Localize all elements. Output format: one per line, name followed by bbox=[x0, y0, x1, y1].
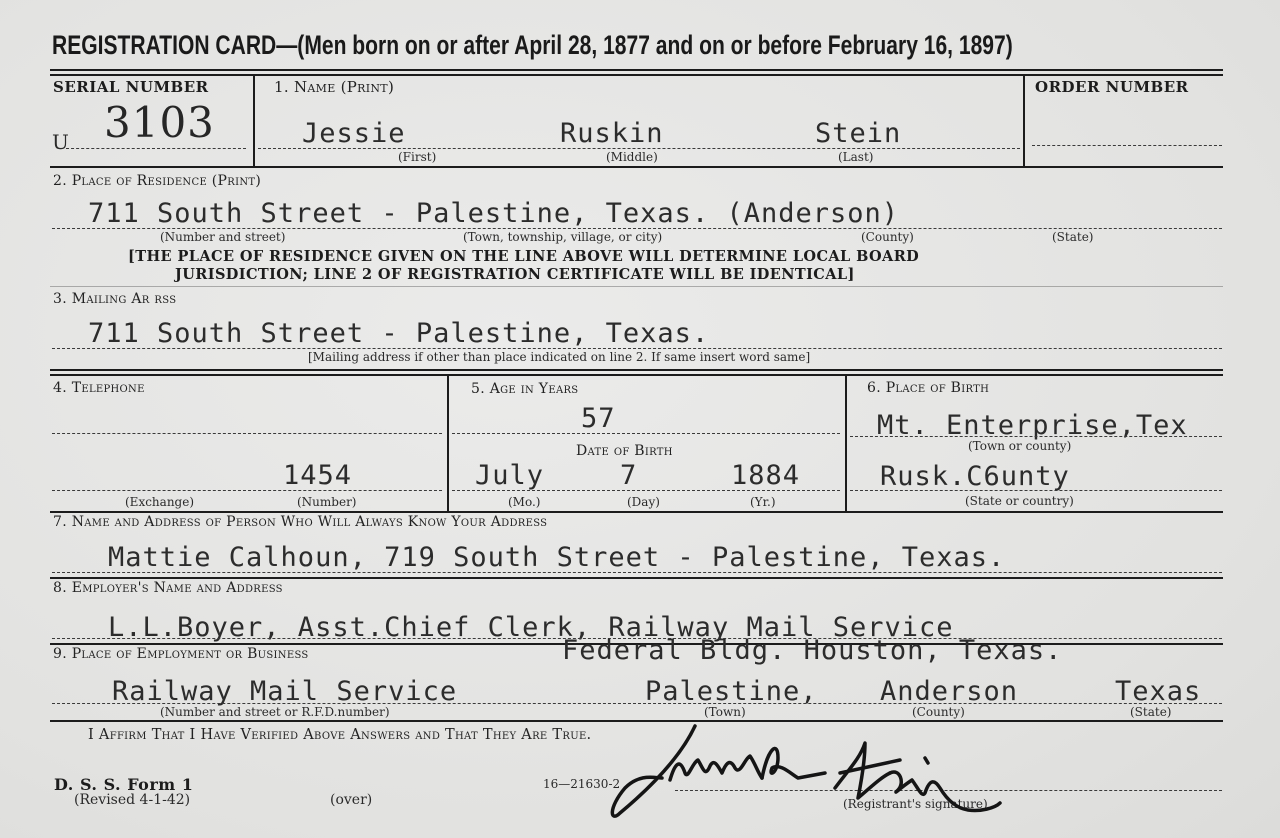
rule-after-mailing-2 bbox=[50, 374, 1223, 376]
contact-value: Mattie Calhoun, 719 South Street - Pales… bbox=[108, 542, 1005, 573]
dob-line bbox=[452, 490, 840, 491]
telephone-label: 4. Telephone bbox=[53, 380, 145, 396]
rule-after-contact bbox=[50, 577, 1223, 579]
age-label: 5. Age in Years bbox=[471, 381, 578, 397]
registration-card: REGISTRATION CARD—(Men born on or after … bbox=[0, 0, 1280, 838]
residence-caption-street: (Number and street) bbox=[160, 230, 285, 244]
over-indicator: (over) bbox=[330, 792, 372, 808]
employment-label: 9. Place of Employment or Business bbox=[53, 646, 309, 662]
name-label: 1. Name (Print) bbox=[274, 78, 394, 96]
last-name-value: Stein bbox=[815, 118, 901, 149]
employer-label: 8. Employer's Name and Address bbox=[53, 580, 283, 596]
serial-number-value: 3103 bbox=[104, 98, 215, 147]
first-name-value: Jessie bbox=[302, 118, 406, 149]
number-caption: (Number) bbox=[297, 495, 357, 509]
first-caption: (First) bbox=[398, 150, 436, 164]
age-line bbox=[452, 433, 840, 434]
birthplace-town-caption: (Town or county) bbox=[968, 439, 1071, 453]
residence-caption-town: (Town, township, village, or city) bbox=[463, 230, 662, 244]
dob-year-value: 1884 bbox=[731, 460, 800, 491]
registrant-signature bbox=[600, 718, 1160, 833]
serial-prefix: U bbox=[52, 130, 69, 154]
top-rule-2 bbox=[50, 74, 1223, 76]
employment-county-caption: (County) bbox=[912, 705, 965, 719]
dob-day-value: 7 bbox=[620, 460, 637, 491]
mailing-caption: [Mailing address if other than place ind… bbox=[308, 350, 810, 364]
day-caption: (Day) bbox=[627, 495, 660, 509]
rule-after-name bbox=[50, 166, 1223, 168]
affirmation-text: I Affirm That I Have Verified Above Answ… bbox=[88, 727, 591, 743]
month-caption: (Mo.) bbox=[508, 495, 540, 509]
faint-rule bbox=[50, 286, 1223, 287]
birthplace-label: 6. Place of Birth bbox=[867, 380, 989, 396]
residence-label: 2. Place of Residence (Print) bbox=[53, 173, 261, 189]
residence-note-line2: JURISDICTION; LINE 2 OF REGISTRATION CER… bbox=[175, 266, 855, 283]
middle-caption: (Middle) bbox=[606, 150, 658, 164]
employment-street-caption: (Number and street or R.F.D.number) bbox=[160, 705, 390, 719]
residence-value: 711 South Street - Palestine, Texas. (An… bbox=[88, 198, 899, 229]
order-number-label: ORDER NUMBER bbox=[1035, 78, 1189, 96]
order-number-line bbox=[1032, 145, 1222, 146]
residence-caption-county: (County) bbox=[861, 230, 914, 244]
dob-month-value: July bbox=[475, 460, 544, 491]
residence-line bbox=[52, 228, 1222, 229]
residence-note-line1: [THE PLACE OF RESIDENCE GIVEN ON THE LIN… bbox=[128, 248, 919, 265]
order-divider bbox=[1023, 76, 1025, 166]
birthplace-state-value: Rusk.C6unty bbox=[880, 461, 1070, 492]
telephone-divider bbox=[447, 376, 449, 511]
rule-after-birth bbox=[50, 511, 1223, 513]
telephone-line-2 bbox=[52, 490, 442, 491]
contact-line bbox=[52, 572, 1222, 573]
serial-divider bbox=[253, 76, 255, 166]
mailing-value: 711 South Street - Palestine, Texas. bbox=[88, 318, 709, 349]
rule-after-mailing bbox=[50, 369, 1223, 371]
birthplace-line-1 bbox=[850, 436, 1222, 437]
serial-number-label: SERIAL NUMBER bbox=[53, 78, 209, 96]
middle-name-value: Ruskin bbox=[560, 118, 664, 149]
birthplace-state-caption: (State or country) bbox=[965, 494, 1074, 508]
last-caption: (Last) bbox=[838, 150, 873, 164]
year-caption: (Yr.) bbox=[750, 495, 776, 509]
serial-line bbox=[66, 148, 246, 149]
contact-label: 7. Name and Address of Person Who Will A… bbox=[53, 514, 547, 530]
exchange-caption: (Exchange) bbox=[125, 495, 194, 509]
employment-line bbox=[52, 703, 1222, 704]
age-value: 57 bbox=[581, 403, 616, 434]
birthplace-line-2 bbox=[850, 490, 1222, 491]
card-title: REGISTRATION CARD—(Men born on or after … bbox=[52, 30, 1013, 61]
form-revised: (Revised 4-1-42) bbox=[74, 792, 190, 808]
age-divider bbox=[845, 376, 847, 511]
dob-label: Date of Birth bbox=[576, 443, 673, 459]
top-rule bbox=[50, 69, 1223, 71]
telephone-number-value: 1454 bbox=[283, 460, 352, 491]
mailing-line bbox=[52, 348, 1222, 349]
residence-caption-state: (State) bbox=[1052, 230, 1093, 244]
employer-line2-value: Federal Bldg. Houston, Texas. bbox=[562, 635, 1062, 666]
name-line bbox=[258, 148, 1020, 149]
telephone-line-1 bbox=[52, 433, 442, 434]
mailing-label: 3. Mailing Ar rss bbox=[53, 291, 176, 307]
employment-town-caption: (Town) bbox=[704, 705, 746, 719]
employment-state-caption: (State) bbox=[1130, 705, 1171, 719]
